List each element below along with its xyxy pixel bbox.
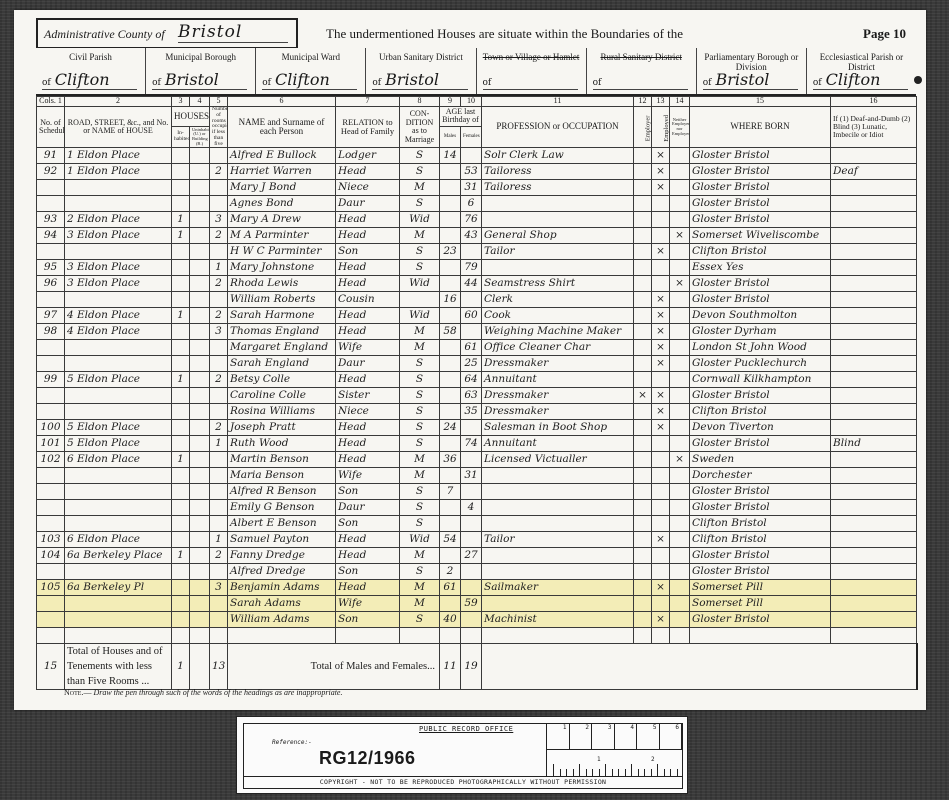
birthplace: Gloster Bristol	[690, 196, 831, 212]
uninhabited-count	[190, 404, 210, 420]
total-males: 11	[440, 643, 461, 689]
uninhabited-count	[190, 532, 210, 548]
birthplace: Gloster Bristol	[690, 148, 831, 164]
infirmity	[831, 468, 917, 484]
inhabited-count	[172, 516, 190, 532]
age-male: 14	[440, 148, 461, 164]
age-female: 35	[461, 404, 482, 420]
schedule-number	[37, 180, 65, 196]
col-number: 14	[670, 97, 690, 107]
birthplace: Clifton Bristol	[690, 244, 831, 260]
neither-mark	[670, 212, 690, 228]
district-label: Municipal Ward	[260, 52, 361, 62]
ruler-tick	[631, 764, 632, 776]
of-label: of	[703, 78, 712, 88]
occupation: Machinist	[482, 612, 634, 628]
person-name: Fanny Dredge	[228, 548, 336, 564]
rooms-count	[210, 452, 228, 468]
house-address	[65, 484, 172, 500]
ruler-tick	[605, 764, 606, 776]
district-municipal-ward: Municipal Ward ofClifton	[256, 48, 366, 94]
birthplace: Gloster Bristol	[690, 164, 831, 180]
neither-mark	[670, 340, 690, 356]
table-row: Caroline ColleSisterS63Dressmaker××Glost…	[37, 388, 917, 404]
condition: M	[400, 340, 440, 356]
schedule-number	[37, 404, 65, 420]
rooms-count: 2	[210, 276, 228, 292]
inhabited-count	[172, 500, 190, 516]
rooms-count	[210, 404, 228, 420]
age-female	[461, 532, 482, 548]
inhabited-count	[172, 532, 190, 548]
inhabited-count	[172, 196, 190, 212]
header-name: NAME and Surname of each Person	[228, 107, 336, 148]
employer-mark	[634, 628, 652, 644]
district-value: Bristol	[165, 70, 219, 89]
birthplace: Gloster Bristol	[690, 388, 831, 404]
uninhabited-count	[190, 500, 210, 516]
employed-mark	[652, 452, 670, 468]
neither-mark	[670, 356, 690, 372]
schedule-number: 105	[37, 580, 65, 596]
schedule-number: 92	[37, 164, 65, 180]
note-prefix: Note.—	[64, 688, 91, 697]
condition: Wid	[400, 532, 440, 548]
inhabited-count	[172, 596, 190, 612]
condition: S	[400, 244, 440, 260]
table-row: 963 Eldon Place2Rhoda LewisHeadWid44Seam…	[37, 276, 917, 292]
neither-mark	[670, 500, 690, 516]
table-row	[37, 628, 917, 644]
inhabited-count	[172, 404, 190, 420]
ruler-tick	[625, 769, 626, 776]
rooms-count	[210, 244, 228, 260]
infirmity	[831, 564, 917, 580]
employed-mark: ×	[652, 532, 670, 548]
schedule-number: 102	[37, 452, 65, 468]
condition: S	[400, 436, 440, 452]
table-row: William AdamsSonS40Machinist×Gloster Bri…	[37, 612, 917, 628]
ruler-tick	[592, 769, 593, 776]
employed-label: Employed	[664, 115, 670, 142]
total-uninhabited	[190, 643, 210, 689]
age-female: 60	[461, 308, 482, 324]
employed-mark	[652, 484, 670, 500]
district-parliamentary: Parliamentary Borough or Division ofBris…	[697, 48, 807, 94]
employed-mark: ×	[652, 340, 670, 356]
age-female: 74	[461, 436, 482, 452]
reference-label: Reference:-	[272, 739, 312, 746]
ruler-mark: 1	[547, 724, 570, 749]
condition: S	[400, 612, 440, 628]
uninhabited-count	[190, 276, 210, 292]
relation: Head	[336, 372, 400, 388]
schedule-number: 104	[37, 548, 65, 564]
ruler-tick	[599, 769, 600, 776]
header-schedule: No. of Schedule	[37, 107, 65, 148]
administrative-county: Administrative County of Bristol	[36, 18, 298, 48]
birthplace: Clifton Bristol	[690, 404, 831, 420]
house-address: 3 Eldon Place	[65, 260, 172, 276]
uninhabited-count	[190, 308, 210, 324]
district-label: Civil Parish	[40, 52, 141, 62]
age-female: 31	[461, 180, 482, 196]
employer-mark	[634, 292, 652, 308]
inhabited-count	[172, 164, 190, 180]
occupation	[482, 484, 634, 500]
rooms-count	[210, 628, 228, 644]
district-value: Clifton	[275, 70, 330, 89]
schedule-number	[37, 292, 65, 308]
totals-footer: 15 Total of Houses and of Tenements with…	[37, 643, 917, 689]
neither-mark	[670, 324, 690, 340]
condition: S	[400, 564, 440, 580]
person-name: Harriet Warren	[228, 164, 336, 180]
inhabited-count: 1	[172, 452, 190, 468]
infirmity	[831, 276, 917, 292]
person-name: Sarah Adams	[228, 596, 336, 612]
neither-mark	[670, 244, 690, 260]
schedule-number	[37, 340, 65, 356]
col-number: Cols. 1	[37, 97, 65, 107]
inhabited-count: 1	[172, 372, 190, 388]
neither-mark	[670, 580, 690, 596]
table-row: H W C ParminterSonS23Tailor×Clifton Bris…	[37, 244, 917, 260]
house-address	[65, 356, 172, 372]
employed-mark: ×	[652, 148, 670, 164]
schedule-number: 97	[37, 308, 65, 324]
occupation: Dressmaker	[482, 404, 634, 420]
punch-hole-icon	[914, 76, 922, 84]
total-rooms: 13	[210, 643, 228, 689]
relation: Son	[336, 516, 400, 532]
age-female	[461, 148, 482, 164]
page-header: Administrative County of Bristol The und…	[36, 18, 916, 96]
district-label: Parliamentary Borough or Division	[701, 52, 802, 72]
house-address	[65, 468, 172, 484]
condition: Wid	[400, 308, 440, 324]
condition: Wid	[400, 212, 440, 228]
infirmity	[831, 420, 917, 436]
infirmity	[831, 180, 917, 196]
employer-mark	[634, 244, 652, 260]
neither-mark	[670, 164, 690, 180]
neither-mark	[670, 196, 690, 212]
inhabited-count	[172, 244, 190, 260]
rooms-count	[210, 516, 228, 532]
inhabited-count: 1	[172, 548, 190, 564]
neither-mark	[670, 148, 690, 164]
employed-mark: ×	[652, 356, 670, 372]
occupation: Annuitant	[482, 372, 634, 388]
neither-mark	[670, 532, 690, 548]
schedule-number: 94	[37, 228, 65, 244]
rooms-count: 2	[210, 308, 228, 324]
inhabited-count	[172, 276, 190, 292]
employer-mark	[634, 548, 652, 564]
inhabited-count	[172, 388, 190, 404]
house-address: 6a Berkeley Pl	[65, 580, 172, 596]
schedule-number: 91	[37, 148, 65, 164]
schedule-number	[37, 596, 65, 612]
pro-title: PUBLIC RECORD OFFICE	[419, 725, 513, 733]
employed-mark	[652, 516, 670, 532]
district-label: Rural Sanitary District	[591, 52, 692, 62]
infirmity	[831, 452, 917, 468]
relation	[336, 628, 400, 644]
header-age: AGE last Birthday of	[440, 107, 482, 127]
rooms-count: 2	[210, 420, 228, 436]
neither-mark	[670, 388, 690, 404]
infirmity	[831, 388, 917, 404]
age-male: 7	[440, 484, 461, 500]
relation: Head	[336, 164, 400, 180]
person-name	[228, 628, 336, 644]
age-male	[440, 548, 461, 564]
condition	[400, 628, 440, 644]
house-address	[65, 180, 172, 196]
rooms-count	[210, 484, 228, 500]
birthplace	[690, 628, 831, 644]
ruler-mark: 2	[570, 724, 593, 749]
table-row: Emily G BensonDaurS4Gloster Bristol	[37, 500, 917, 516]
neither-mark	[670, 308, 690, 324]
house-address	[65, 196, 172, 212]
condition: S	[400, 500, 440, 516]
condition: M	[400, 548, 440, 564]
birthplace: Gloster Bristol	[690, 212, 831, 228]
boundaries-text: The undermentioned Houses are situate wi…	[326, 26, 683, 42]
table-row: 1046a Berkeley Place12Fanny DredgeHeadM2…	[37, 548, 917, 564]
rooms-count: 3	[210, 580, 228, 596]
person-name: Martin Benson	[228, 452, 336, 468]
ruler-mark: 6	[660, 724, 683, 749]
table-row: Margaret EnglandWifeM61Office Cleaner Ch…	[37, 340, 917, 356]
employer-mark	[634, 404, 652, 420]
inhabited-count	[172, 612, 190, 628]
uninhabited-count	[190, 292, 210, 308]
header-females: Females	[461, 126, 482, 148]
occupation	[482, 564, 634, 580]
house-address: 6 Eldon Place	[65, 452, 172, 468]
uninhabited-count	[190, 340, 210, 356]
employer-mark	[634, 276, 652, 292]
person-name: Mary J Bond	[228, 180, 336, 196]
age-male	[440, 260, 461, 276]
relation: Head	[336, 532, 400, 548]
person-name: Samuel Payton	[228, 532, 336, 548]
totals-blank	[482, 643, 917, 689]
neither-mark	[670, 596, 690, 612]
neither-mark: ×	[670, 276, 690, 292]
schedule-number	[37, 612, 65, 628]
house-address: 1 Eldon Place	[65, 148, 172, 164]
schedule-number	[37, 628, 65, 644]
condition: S	[400, 372, 440, 388]
rooms-count	[210, 148, 228, 164]
birthplace: London St John Wood	[690, 340, 831, 356]
infirmity	[831, 628, 917, 644]
person-name: M A Parminter	[228, 228, 336, 244]
schedule-number	[37, 356, 65, 372]
uninhabited-count	[190, 548, 210, 564]
house-address: 1 Eldon Place	[65, 164, 172, 180]
occupation: Seamstress Shirt	[482, 276, 634, 292]
schedule-number: 98	[37, 324, 65, 340]
house-address	[65, 564, 172, 580]
table-row: 943 Eldon Place12M A ParminterHeadM43Gen…	[37, 228, 917, 244]
employer-mark	[634, 436, 652, 452]
occupation: Salesman in Boot Shop	[482, 420, 634, 436]
relation: Head	[336, 436, 400, 452]
infirmity	[831, 372, 917, 388]
age-male	[440, 468, 461, 484]
employer-mark	[634, 564, 652, 580]
rooms-count	[210, 356, 228, 372]
relation: Daur	[336, 500, 400, 516]
house-address: 4 Eldon Place	[65, 308, 172, 324]
inhabited-count	[172, 564, 190, 580]
schedule-number: 95	[37, 260, 65, 276]
schedule-number: 100	[37, 420, 65, 436]
uninhabited-count	[190, 388, 210, 404]
age-male	[440, 436, 461, 452]
age-female: 25	[461, 356, 482, 372]
ruler-tick	[651, 769, 652, 776]
age-male	[440, 340, 461, 356]
uninhabited-count	[190, 148, 210, 164]
district-value: Clifton	[55, 70, 110, 89]
employed-mark: ×	[652, 388, 670, 404]
birthplace: Gloster Bristol	[690, 180, 831, 196]
person-name: Mary A Drew	[228, 212, 336, 228]
rooms-count	[210, 292, 228, 308]
uninhabited-count	[190, 212, 210, 228]
person-name: Emily G Benson	[228, 500, 336, 516]
age-male: 36	[440, 452, 461, 468]
total-houses-label: Total of Houses and of Tenements with le…	[65, 643, 172, 689]
house-address	[65, 388, 172, 404]
label-frame: PUBLIC RECORD OFFICE Reference:- RG12/19…	[243, 723, 683, 789]
employer-mark	[634, 580, 652, 596]
neither-mark	[670, 564, 690, 580]
house-address	[65, 244, 172, 260]
infirmity	[831, 580, 917, 596]
age-female	[461, 516, 482, 532]
birthplace: Gloster Bristol	[690, 612, 831, 628]
neither-mark	[670, 628, 690, 644]
public-record-office-label: PUBLIC RECORD OFFICE Reference:- RG12/19…	[236, 716, 688, 794]
table-row: 1026 Eldon Place1Martin BensonHeadM36Lic…	[37, 452, 917, 468]
age-female	[461, 612, 482, 628]
ruler-tick	[664, 769, 665, 776]
uninhabited-count	[190, 420, 210, 436]
employed-mark	[652, 628, 670, 644]
inhabited-count	[172, 324, 190, 340]
table-row: 995 Eldon Place12Betsy ColleHeadS64Annui…	[37, 372, 917, 388]
of-label: of	[593, 78, 602, 88]
rooms-count	[210, 500, 228, 516]
condition: M	[400, 580, 440, 596]
condition: S	[400, 196, 440, 212]
col-number: 7	[336, 97, 400, 107]
age-male: 16	[440, 292, 461, 308]
total-inhabited: 1	[172, 643, 190, 689]
birthplace: Devon Tiverton	[690, 420, 831, 436]
schedule-number: 101	[37, 436, 65, 452]
person-name: Rosina Williams	[228, 404, 336, 420]
rooms-count: 1	[210, 260, 228, 276]
employed-mark: ×	[652, 612, 670, 628]
table-row: Rosina WilliamsNieceS35Dressmaker×Clifto…	[37, 404, 917, 420]
table-body: 911 Eldon PlaceAlfred E BullockLodgerS14…	[37, 148, 917, 644]
birthplace: Somerset Pill	[690, 596, 831, 612]
employed-mark	[652, 436, 670, 452]
relation: Son	[336, 564, 400, 580]
birthplace: Gloster Bristol	[690, 292, 831, 308]
note-text: Draw the pen through such of the words o…	[93, 688, 342, 697]
ruler-mark: 3	[592, 724, 615, 749]
ruler-cm: 1 2 3 4 5 6	[547, 724, 682, 750]
age-female: 31	[461, 468, 482, 484]
age-female: 63	[461, 388, 482, 404]
district-urban-sanitary: Urban Sanitary District ofBristol	[366, 48, 476, 94]
birthplace: Gloster Dyrham	[690, 324, 831, 340]
inhabited-count	[172, 420, 190, 436]
age-male: 61	[440, 580, 461, 596]
house-address	[65, 292, 172, 308]
col-number: 2	[65, 97, 172, 107]
district-town-village: Town or Village or Hamlet of	[477, 48, 587, 94]
birthplace: Essex Yes	[690, 260, 831, 276]
employed-mark	[652, 260, 670, 276]
neither-mark	[670, 436, 690, 452]
reference-number: RG12/1966	[319, 748, 416, 769]
header-infirmity: If (1) Deaf-and-Dumb (2) Blind (3) Lunat…	[831, 107, 917, 148]
schedule-number	[37, 564, 65, 580]
neither-mark	[670, 292, 690, 308]
birthplace: Gloster Bristol	[690, 500, 831, 516]
uninhabited-count	[190, 612, 210, 628]
relation: Lodger	[336, 148, 400, 164]
employer-mark	[634, 420, 652, 436]
rooms-count: 2	[210, 164, 228, 180]
ruler-tick	[677, 769, 678, 776]
relation: Head	[336, 324, 400, 340]
age-male	[440, 356, 461, 372]
table-row: Mary J BondNieceM31Tailoress×Gloster Bri…	[37, 180, 917, 196]
district-civil-parish: Civil Parish ofClifton	[36, 48, 146, 94]
employed-mark	[652, 468, 670, 484]
of-label: of	[372, 78, 381, 88]
employer-mark	[634, 164, 652, 180]
employed-mark: ×	[652, 308, 670, 324]
employer-mark	[634, 212, 652, 228]
relation: Head	[336, 260, 400, 276]
relation: Wife	[336, 340, 400, 356]
condition: Wid	[400, 276, 440, 292]
employer-mark	[634, 228, 652, 244]
condition: M	[400, 596, 440, 612]
ruler-tick	[579, 764, 580, 776]
age-female	[461, 452, 482, 468]
employer-mark: ×	[634, 388, 652, 404]
person-name: Margaret England	[228, 340, 336, 356]
table-row: Maria BensonWifeM31Dorchester	[37, 468, 917, 484]
age-female	[461, 564, 482, 580]
condition: S	[400, 356, 440, 372]
employer-mark	[634, 340, 652, 356]
